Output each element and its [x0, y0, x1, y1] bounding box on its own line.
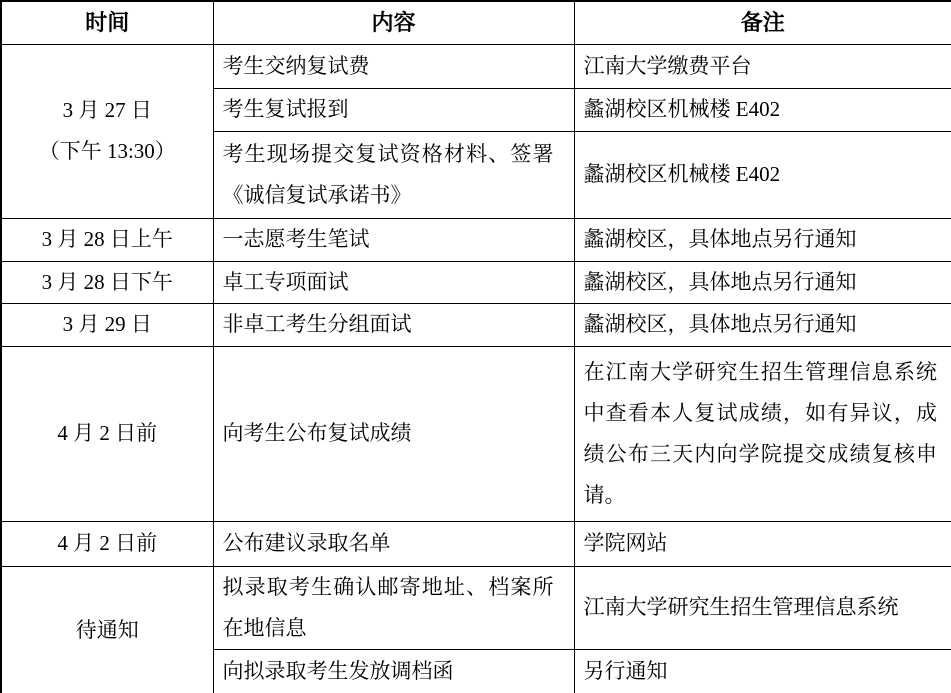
table-row: 3 月 29 日 非卓工考生分组面试 蠡湖校区，具体地点另行通知 — [1, 303, 951, 346]
remark-cell: 蠡湖校区，具体地点另行通知 — [574, 303, 951, 346]
content-cell: 向考生公布复试成绩 — [213, 346, 574, 521]
remark-cell: 蠡湖校区，具体地点另行通知 — [574, 218, 951, 261]
remark-cell: 蠡湖校区机械楼 E402 — [574, 88, 951, 131]
table-row: 3 月 27 日 （下午 13:30） 考生交纳复试费 江南大学缴费平台 — [1, 44, 951, 88]
time-cell: 待通知 — [1, 566, 213, 693]
content-cell: 卓工专项面试 — [213, 261, 574, 303]
table-row: 4 月 2 日前 向考生公布复试成绩 在江南大学研究生招生管理信息系统中查看本人… — [1, 346, 951, 521]
header-cell-time: 时间 — [1, 1, 213, 44]
content-cell: 考生复试报到 — [213, 88, 574, 131]
time-cell: 3 月 27 日 （下午 13:30） — [1, 44, 213, 218]
time-cell: 3 月 28 日下午 — [1, 261, 213, 303]
content-cell: 一志愿考生笔试 — [213, 218, 574, 261]
table-row: 待通知 拟录取考生确认邮寄地址、档案所在地信息 江南大学研究生招生管理信息系统 — [1, 566, 951, 649]
schedule-table: 时间 内容 备注 3 月 27 日 （下午 13:30） 考生交纳复试费 江南大… — [0, 0, 951, 693]
header-cell-content: 内容 — [213, 1, 574, 44]
content-cell: 公布建议录取名单 — [213, 521, 574, 566]
content-cell: 向拟录取考生发放调档函 — [213, 649, 574, 693]
time-cell: 3 月 29 日 — [1, 303, 213, 346]
remark-cell: 在江南大学研究生招生管理信息系统中查看本人复试成绩，如有异议，成绩公布三天内向学… — [574, 346, 951, 521]
time-line-date: 3 月 27 日 — [6, 90, 209, 131]
remark-cell: 蠡湖校区，具体地点另行通知 — [574, 261, 951, 303]
content-cell: 非卓工考生分组面试 — [213, 303, 574, 346]
time-cell: 4 月 2 日前 — [1, 521, 213, 566]
remark-cell: 江南大学缴费平台 — [574, 44, 951, 88]
remark-cell: 另行通知 — [574, 649, 951, 693]
time-cell: 4 月 2 日前 — [1, 346, 213, 521]
table-row: 3 月 28 日上午 一志愿考生笔试 蠡湖校区，具体地点另行通知 — [1, 218, 951, 261]
header-cell-remark: 备注 — [574, 1, 951, 44]
content-cell: 考生现场提交复试资格材料、签署《诚信复试承诺书》 — [213, 131, 574, 218]
table-row: 3 月 28 日下午 卓工专项面试 蠡湖校区，具体地点另行通知 — [1, 261, 951, 303]
remark-cell: 江南大学研究生招生管理信息系统 — [574, 566, 951, 649]
content-cell: 拟录取考生确认邮寄地址、档案所在地信息 — [213, 566, 574, 649]
table-row: 4 月 2 日前 公布建议录取名单 学院网站 — [1, 521, 951, 566]
header-row: 时间 内容 备注 — [1, 1, 951, 44]
content-cell: 考生交纳复试费 — [213, 44, 574, 88]
remark-cell: 蠡湖校区机械楼 E402 — [574, 131, 951, 218]
time-cell: 3 月 28 日上午 — [1, 218, 213, 261]
time-line-hour: （下午 13:30） — [6, 131, 209, 172]
remark-cell: 学院网站 — [574, 521, 951, 566]
